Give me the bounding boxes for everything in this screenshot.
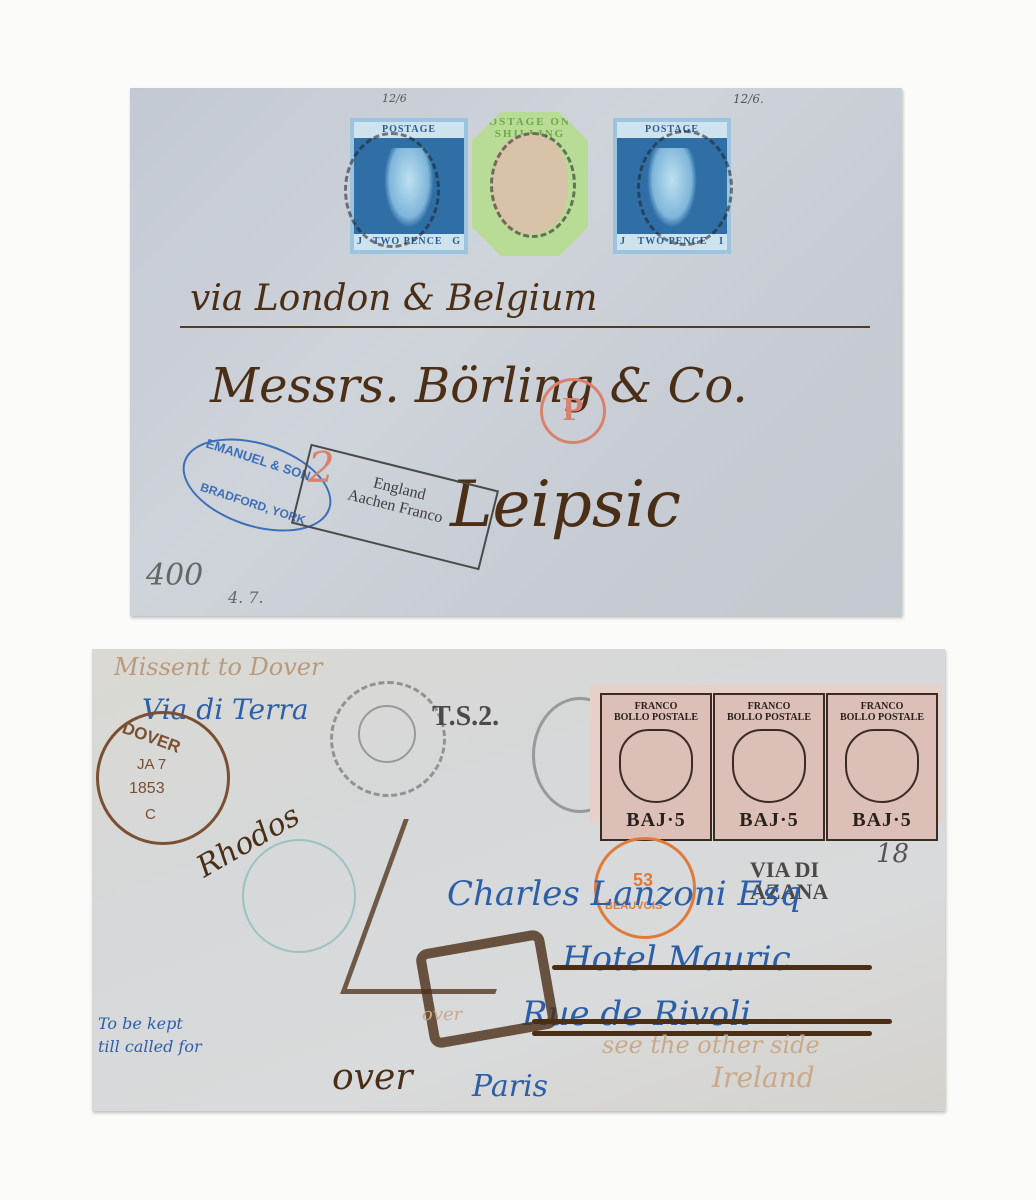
- postal-cover-bottom: Missent to Dover Via di Terra T.S.2. FRA…: [92, 649, 945, 1111]
- side-note-line1: To be kept: [98, 1014, 183, 1034]
- stamp-value: BAJ·5: [602, 809, 710, 832]
- missent-note: Missent to Dover: [114, 653, 322, 681]
- postmark-year: 1853: [129, 780, 165, 798]
- red-paid-mark: P: [540, 378, 606, 444]
- stamp-papal-5baj: FRANCO BOLLO POSTALE BAJ·5: [713, 693, 825, 841]
- teal-postmark: [242, 839, 356, 953]
- route-line: via London & Belgium: [190, 278, 598, 319]
- cancel-mark: [344, 132, 440, 248]
- stamp-text: BOLLO POSTALE: [828, 712, 936, 723]
- stamp-value: BAJ·5: [715, 809, 823, 832]
- ts-handstamp: T.S.2.: [432, 701, 499, 733]
- postmark-code: C: [145, 806, 156, 823]
- addressee: Messrs. Börling & Co.: [210, 358, 748, 414]
- postmark-town: DOVER: [119, 718, 183, 757]
- stamp-value: BAJ·5: [828, 809, 936, 832]
- stamp-papal-5baj: FRANCO BOLLO POSTALE BAJ·5: [600, 693, 712, 841]
- corner-letter: G: [452, 234, 461, 250]
- corner-letter: I: [719, 234, 724, 250]
- corner-letter: J: [620, 234, 626, 250]
- stamp-two-pence-right: POSTAGE JTWO PENCEI: [613, 118, 731, 254]
- addressee-line2: Hotel Mauric: [562, 939, 791, 979]
- corner-letter: J: [357, 234, 363, 250]
- cancel-mark: [490, 132, 576, 238]
- redirect-note: Paris: [472, 1069, 548, 1104]
- postmark-date: JA 7: [137, 756, 166, 773]
- side-note-line2: till called for: [98, 1037, 202, 1056]
- stamp-papal-5baj: FRANCO BOLLO POSTALE BAJ·5: [826, 693, 938, 841]
- redirect-note: over: [422, 1004, 462, 1025]
- strikethrough: [532, 1019, 892, 1024]
- redirect-note: Ireland: [712, 1061, 815, 1094]
- stamp-text: BOLLO POSTALE: [715, 712, 823, 723]
- pencil-note: 4. 7.: [228, 588, 264, 607]
- papal-arms-icon: [845, 729, 919, 803]
- stamp-text: FRANCO: [715, 701, 823, 712]
- stamp-text: BOLLO POSTALE: [602, 712, 710, 723]
- postal-cover-top: 12/6 12/6. POSTAGE JTWO PENCEG POSTAGE O…: [130, 88, 902, 616]
- handstamp-line1: EMANUEL & SON: [204, 436, 312, 484]
- cancel-mark: [637, 130, 733, 246]
- pencil-note: 12/6.: [733, 92, 764, 106]
- pencil-note: 18: [876, 839, 909, 869]
- stamp-text: FRANCO: [828, 701, 936, 712]
- transit-postmark-inner: [358, 705, 416, 763]
- dover-postmark: DOVER JA 7 1853 C: [96, 711, 230, 845]
- underline: [180, 326, 870, 328]
- pencil-note: 12/6: [382, 92, 407, 105]
- redirect-note: over: [332, 1057, 413, 1098]
- stamp-one-shilling: POSTAGE ONE SHILLING: [472, 112, 588, 256]
- stamp-text: FRANCO: [602, 701, 710, 712]
- red-rate-mark: 2: [308, 443, 335, 492]
- papal-arms-icon: [732, 729, 806, 803]
- redirect-note: see the other side: [602, 1031, 820, 1059]
- strikethrough: [552, 965, 872, 970]
- pencil-note: 400: [146, 558, 203, 593]
- papal-arms-icon: [619, 729, 693, 803]
- stamp-two-pence-left: POSTAGE JTWO PENCEG: [350, 118, 468, 254]
